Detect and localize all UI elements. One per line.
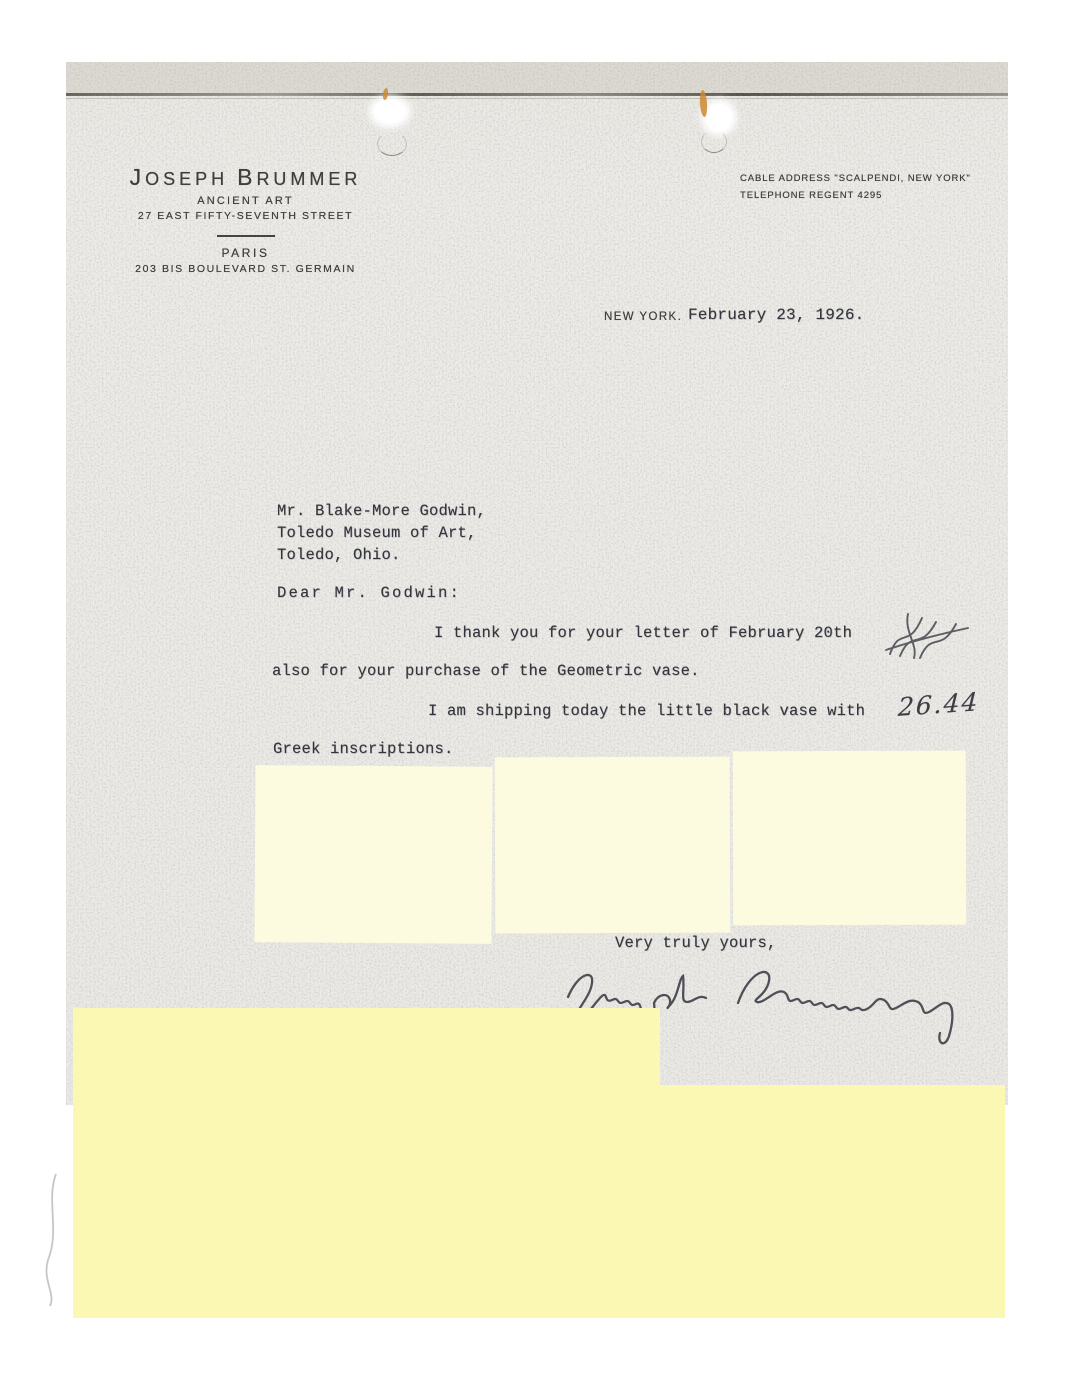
letterhead-ny-address: 27 EAST FIFTY-SEVENTH STREET [118,210,373,222]
letterhead-name-rest-1: OSEPH [145,169,237,189]
cable-address-line: CABLE ADDRESS "SCALPENDI, NEW YORK" [740,170,990,187]
hole-punch-ring-left [377,132,407,156]
scan-top-shading [66,62,1008,95]
body-line-3: I am shipping today the little black vas… [428,702,865,720]
body-line-4: Greek inscriptions. [273,740,454,758]
letterhead-name: JOSEPH BRUMMER [118,164,373,191]
letterhead-paris: PARIS [118,246,373,260]
recipient-line-2: Toledo Museum of Art, [277,524,477,542]
hole-punch-left [374,100,406,123]
letter-scan: JOSEPH BRUMMER ANCIENT ART 27 EAST FIFTY… [0,0,1071,1386]
letterhead-name-initial-2: B [237,164,256,190]
scan-fold-line-faint [66,98,1008,99]
cover-note-bottom-lower [73,1085,1005,1318]
letterhead-name-rest-2: RUMMER [256,169,361,189]
body-line-1: I thank you for your letter of February … [434,624,852,642]
dateline-date: February 23, 1926. [688,306,864,324]
body-line-2: also for your purchase of the Geometric … [272,662,700,680]
recipient-line-1: Mr. Blake-More Godwin, [277,502,486,520]
cover-note-3 [733,751,967,926]
salutation: Dear Mr. Godwin: [277,584,461,602]
scan-edge-artifact [42,1170,66,1310]
recipient-line-3: Toledo, Ohio. [277,546,401,564]
letterhead-name-initial-1: J [130,164,146,190]
cover-note-2 [495,757,731,934]
cover-note-bottom-upper [73,1008,660,1086]
closing: Very truly yours, [615,934,777,952]
letterhead-divider [217,235,275,237]
telephone-line: TELEPHONE REGENT 4295 [740,187,990,204]
dateline-city-label: NEW YORK. [604,311,682,323]
letterhead-paris-address: 203 BIS BOULEVARD ST. GERMAIN [118,263,373,275]
hole-punch-right [706,104,732,131]
letterhead-right-block: CABLE ADDRESS "SCALPENDI, NEW YORK" TELE… [740,170,990,204]
scan-fold-line [66,93,1008,96]
hole-punch-ring-right [701,130,727,153]
handwritten-price: 26.44 [897,687,980,722]
letterhead-left-block: JOSEPH BRUMMER ANCIENT ART 27 EAST FIFTY… [118,164,373,275]
cover-note-1 [254,765,492,944]
letterhead-subtitle: ANCIENT ART [118,195,373,207]
